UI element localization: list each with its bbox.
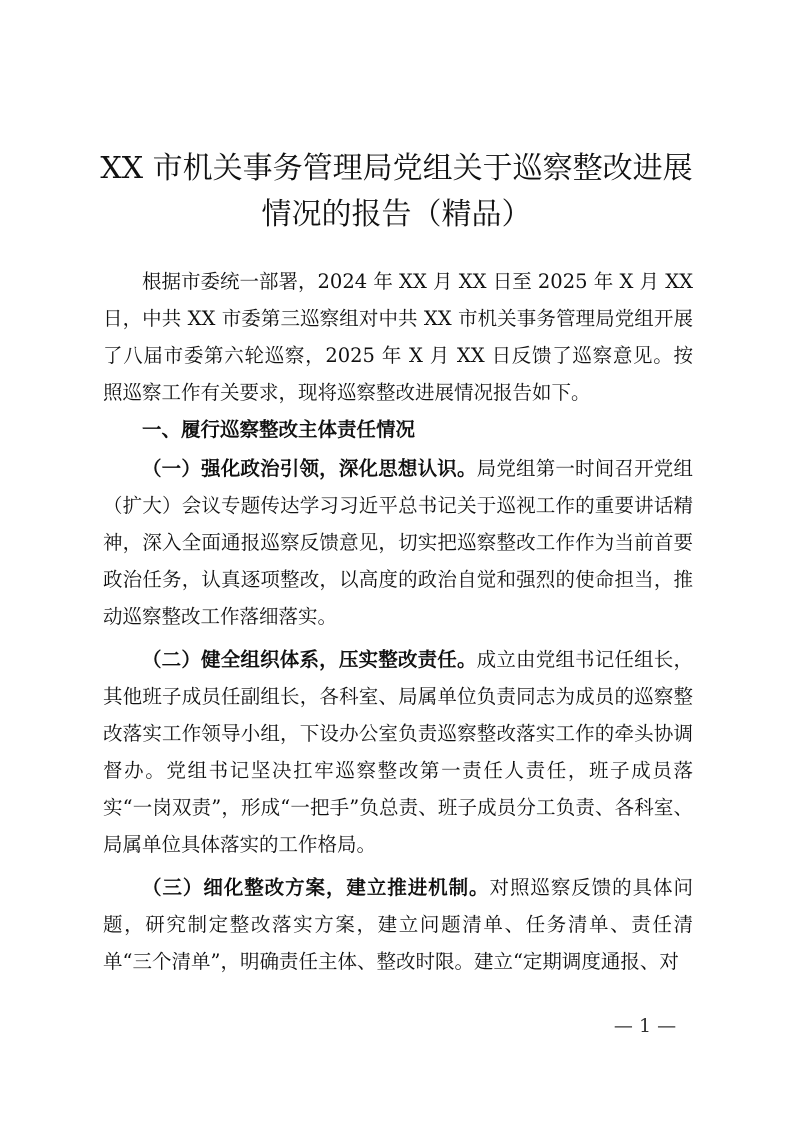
document-title: XX 市机关事务管理局党组关于巡察整改进展 情况的报告（精品）	[90, 146, 703, 238]
item-paragraph-3: （三）细化整改方案，建立推进机制。对照巡察反馈的具体问题，研究制定整改落实方案，…	[103, 869, 693, 980]
item-text-2: 成立由党组书记任组长，其他班子成员任副组长，各科室、局属单位负责同志为成员的巡察…	[103, 648, 693, 856]
item-lead-1: （一）强化政治引领，深化思想认识。	[142, 457, 477, 480]
document-body: 根据市委统一部署，2024 年 XX 月 XX 日至 2025 年 X 月 XX…	[103, 263, 693, 980]
item-paragraph-2: （二）健全组织体系，压实整改责任。成立由党组书记任组长，其他班子成员任副组长，各…	[103, 641, 693, 863]
title-line-2: 情况的报告（精品）	[262, 197, 532, 232]
item-text-1: 局党组第一时间召开党组（扩大）会议专题传达学习习近平总书记关于巡视工作的重要讲话…	[103, 457, 693, 628]
document-page: XX 市机关事务管理局党组关于巡察整改进展 情况的报告（精品） 根据市委统一部署…	[0, 0, 793, 1122]
item-paragraph-1: （一）强化政治引领，深化思想认识。局党组第一时间召开党组（扩大）会议专题传达学习…	[103, 450, 693, 635]
intro-paragraph: 根据市委统一部署，2024 年 XX 月 XX 日至 2025 年 X 月 XX…	[103, 263, 693, 411]
title-line-1: XX 市机关事务管理局党组关于巡察整改进展	[100, 151, 692, 186]
page-number: — 1 —	[600, 1014, 690, 1038]
item-lead-3: （三）细化整改方案，建立推进机制。	[142, 876, 490, 899]
section-heading-1: 一、履行巡察整改主体责任情况	[103, 411, 693, 448]
item-lead-2: （二）健全组织体系，压实整改责任。	[142, 648, 477, 671]
